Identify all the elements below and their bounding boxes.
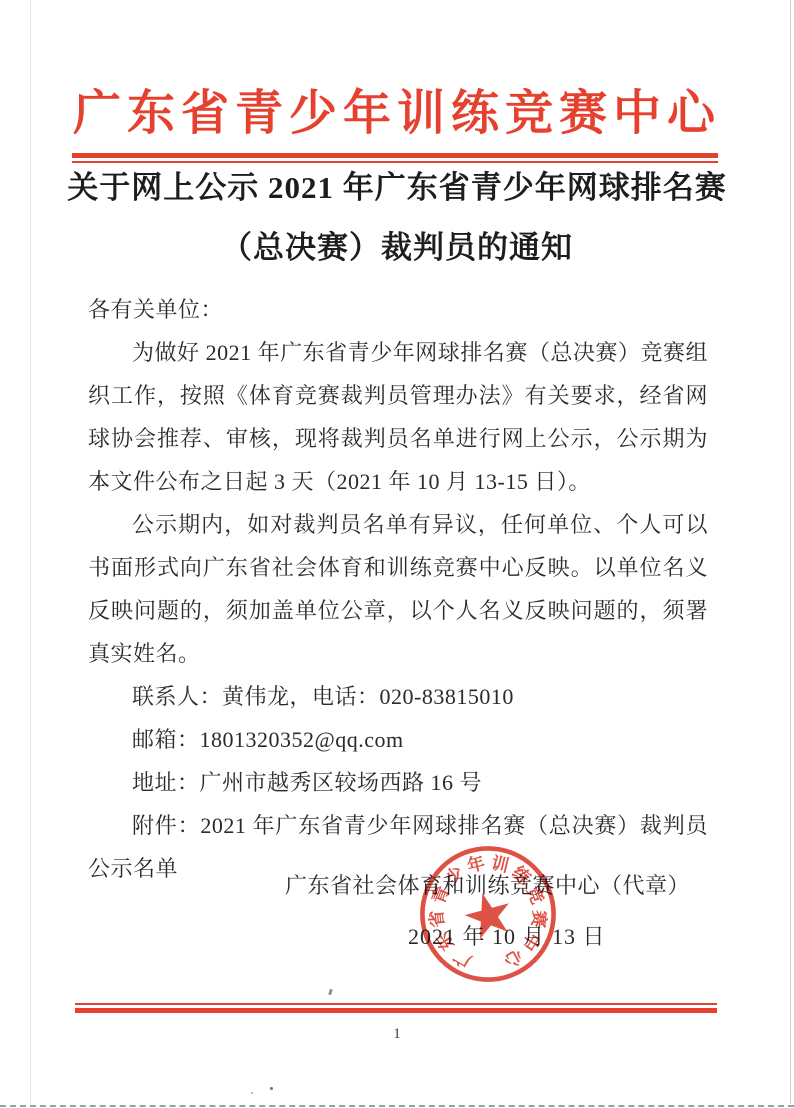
letterhead-divider: [72, 153, 718, 163]
scan-edge-left: [30, 0, 31, 1104]
document-title-line1: 关于网上公示 2021 年广东省青少年网球排名赛: [30, 170, 764, 206]
paragraph-1: 为做好 2021 年广东省青少年网球排名赛（总决赛）竞赛组织工作，按照《体育竞赛…: [88, 331, 708, 503]
document-body: 各有关单位： 为做好 2021 年广东省青少年网球排名赛（总决赛）竞赛组织工作，…: [88, 288, 708, 890]
paragraph-2: 公示期内，如对裁判员名单有异议，任何单位、个人可以书面形式向广东省社会体育和训练…: [88, 503, 708, 675]
divider-thin-bar: [75, 1003, 717, 1005]
divider-thin-bar: [72, 161, 718, 163]
divider-thick-bar: [75, 1008, 717, 1013]
scan-edge-right: [790, 0, 791, 1104]
contact-line: 联系人：黄伟龙，电话：020-83815010: [88, 675, 708, 718]
svg-text:竞: 竞: [523, 883, 548, 907]
scanned-document-page: 广东省青少年训练竞赛中心 关于网上公示 2021 年广东省青少年网球排名赛 （总…: [0, 0, 794, 1108]
salutation: 各有关单位：: [88, 288, 708, 331]
scan-speck: [328, 989, 333, 996]
footer-divider: [75, 1003, 717, 1013]
scan-speck: [270, 1087, 273, 1090]
official-seal: ★ 广东省青少年训练竞赛中心: [406, 832, 570, 996]
address-line: 地址：广州市越秀区较场西路 16 号: [88, 761, 708, 804]
svg-text:青: 青: [428, 883, 453, 907]
seal-star-icon: ★: [458, 881, 519, 950]
letterhead-org-name: 广东省青少年训练竞赛中心: [0, 74, 794, 143]
svg-text:训: 训: [489, 852, 511, 876]
document-title-line2: （总决赛）裁判员的通知: [30, 230, 764, 266]
divider-thick-bar: [72, 153, 718, 158]
svg-text:年: 年: [465, 852, 487, 876]
svg-text:赛: 赛: [528, 909, 550, 929]
scan-speck: [251, 1092, 253, 1094]
scan-edge-bottom: [0, 1105, 794, 1107]
svg-text:省: 省: [426, 909, 448, 929]
page-number: 1: [0, 1026, 794, 1043]
document-title: 关于网上公示 2021 年广东省青少年网球排名赛 （总决赛）裁判员的通知: [30, 170, 764, 266]
email-line: 邮箱：1801320352@qq.com: [88, 718, 708, 761]
